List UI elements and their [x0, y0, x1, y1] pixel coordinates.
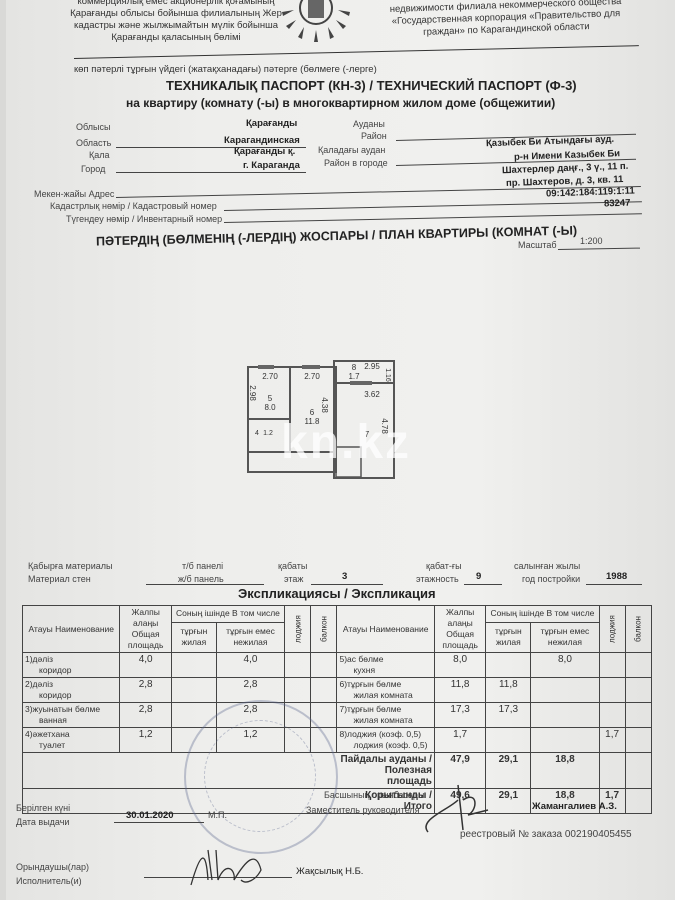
header-living-2: тұрғын жилая — [486, 622, 531, 652]
cell-loggia: 1,7 — [599, 728, 625, 753]
floor-value: 3 — [342, 571, 347, 582]
deputy-signature — [418, 780, 498, 840]
floors-value: 9 — [476, 571, 481, 582]
wall-value-ru: ж/б панель — [178, 574, 224, 584]
cell-total: 1,2 — [120, 728, 171, 753]
useful-balcony — [625, 753, 651, 789]
cell-balcony — [625, 703, 651, 728]
wall-label-ru: Материал стен — [28, 574, 91, 584]
cell-balcony — [625, 678, 651, 703]
cell-living: 17,3 — [486, 703, 531, 728]
header-name-2: Атауы Наименование — [337, 606, 434, 653]
header-balcony: балкон — [311, 606, 337, 653]
room-name: 7)тұрғын бөлмежилая комната — [337, 703, 434, 728]
cell-balcony — [625, 653, 651, 678]
header-left-org: коммерциялық емес акционерлік қоғамының … — [56, 0, 296, 44]
svg-text:4: 4 — [255, 430, 259, 437]
cell-living — [486, 653, 531, 678]
title-line3: на квартиру (комнату (-ы) в многоквартир… — [126, 96, 555, 110]
cell-total: 4,0 — [120, 653, 171, 678]
table-row: 3)жуынатын бөлмеванная2,82,87)тұрғын бөл… — [23, 703, 652, 728]
qala-label: Қала — [89, 150, 110, 160]
executor-signature — [186, 840, 276, 890]
gorod-value: г. Караганда — [243, 160, 300, 171]
header-incl-2: Соның ішінде В том числе — [486, 606, 599, 623]
title-line1: көп пәтерлі тұрғын үйдегі (жатақханадағы… — [74, 64, 377, 75]
room-name: 4)әжетханатуалет — [23, 728, 120, 753]
header-total-2: Жалпы алаңы Общая площадь — [434, 606, 485, 653]
header-balcony-2: балкон — [625, 606, 651, 653]
table-row: 2)дәлізкоридор2,82,86)тұрғын бөлмежилая … — [23, 678, 652, 703]
cell-balcony — [311, 678, 337, 703]
cell-total: 2,8 — [120, 703, 171, 728]
sun-emblem-icon — [276, 0, 356, 50]
issued-label-ru: Дата выдачи — [16, 817, 69, 827]
cell-total: 1,7 — [434, 728, 485, 753]
cell-total: 11,8 — [434, 678, 485, 703]
svg-text:5: 5 — [268, 394, 273, 403]
year-value: 1988 — [606, 571, 627, 582]
year-label-kz: салынған жылы — [514, 561, 580, 571]
header-incl: Соның ішінде В том числе — [171, 606, 284, 623]
year-label-ru: год постройки — [522, 574, 580, 584]
cell-nonliving: 4,0 — [216, 653, 284, 678]
watermark: kn.kz — [281, 415, 411, 470]
cell-total: 8,0 — [434, 653, 485, 678]
svg-text:1.7: 1.7 — [348, 372, 360, 381]
header-right-org: недвижимости филиала некоммерческого общ… — [370, 0, 641, 41]
svg-text:2.70: 2.70 — [304, 372, 320, 381]
header-total: Жалпы алаңы Общая площадь — [120, 606, 171, 653]
svg-text:3.62: 3.62 — [364, 390, 380, 399]
cell-living: 11,8 — [486, 678, 531, 703]
useful-loggia — [599, 753, 625, 789]
oblast-value: Карагандинская — [224, 135, 300, 146]
cell-loggia — [599, 678, 625, 703]
executor-name: Жақсылық Н.Б. — [296, 866, 363, 877]
scale-value: 1:200 — [580, 236, 603, 246]
cadastral-label: Кадастрлық нөмір / Кадастровый номер — [50, 201, 217, 211]
issued-value: 30.01.2020 — [126, 810, 174, 821]
executor-label-ru: Исполнитель(и) — [16, 876, 82, 886]
svg-text:1.16: 1.16 — [384, 368, 391, 382]
svg-text:2.70: 2.70 — [262, 372, 278, 381]
cell-nonliving: 8,0 — [531, 653, 599, 678]
svg-text:4.38: 4.38 — [320, 397, 329, 413]
room-name: 6)тұрғын бөлмежилая комната — [337, 678, 434, 703]
cell-balcony — [311, 653, 337, 678]
cell-balcony — [625, 728, 651, 753]
deputy-label-ru: Заместитель руководителя — [306, 805, 420, 815]
svg-text:8: 8 — [352, 363, 357, 372]
cell-loggia — [285, 653, 311, 678]
oblys-label: Облысы — [76, 122, 110, 132]
executor-label-kz: Орындаушы(лар) — [16, 862, 89, 872]
svg-text:2.95: 2.95 — [364, 362, 380, 371]
room-name: 3)жуынатын бөлмеванная — [23, 703, 120, 728]
issued-label-kz: Берілген күні — [16, 803, 70, 813]
svg-text:2.98: 2.98 — [248, 385, 257, 401]
floors-label-ru: этажность — [416, 574, 459, 584]
header-name: Атауы Наименование — [23, 606, 120, 653]
raion-gorod-label: Район в городе — [324, 158, 388, 168]
wall-label-kz: Қабырға материалы — [28, 561, 112, 571]
floors-label-kz: қабат-ғы — [426, 561, 462, 571]
useful-nonliving: 18,8 — [531, 753, 599, 789]
svg-text:8.0: 8.0 — [264, 403, 276, 412]
header-nonliving-2: тұрғын емес нежилая — [531, 622, 599, 652]
address-label: Мекен-жайы Адрес — [34, 189, 114, 199]
cell-loggia — [599, 653, 625, 678]
qala-value: Қарағанды қ. — [234, 146, 295, 157]
inventory-value: 83247 — [604, 198, 631, 210]
qaladagy-label: Қаладағы аудан — [318, 145, 385, 155]
wall-value-kz: т/б панелі — [182, 561, 223, 571]
room-name: 2)дәлізкоридор — [23, 678, 120, 703]
floor-label-kz: қабаты — [278, 561, 307, 571]
cell-living — [171, 678, 216, 703]
cell-total: 17,3 — [434, 703, 485, 728]
inventory-label: Түгендеу нөмір / Инвентарный номер — [66, 214, 222, 224]
cell-nonliving — [531, 703, 599, 728]
header-living: тұрғын жилая — [171, 622, 216, 652]
room-name: 8)лоджия (коэф. 0,5)лоджия (коэф. 0,5) — [337, 728, 434, 753]
cell-loggia — [285, 678, 311, 703]
table-row: 4)әжетханатуалет1,21,28)лоджия (коэф. 0,… — [23, 728, 652, 753]
cell-nonliving — [531, 728, 599, 753]
gorod-label: Город — [81, 164, 105, 174]
raion-label: Район — [361, 131, 387, 141]
audany-label: Ауданы — [353, 119, 385, 129]
deputy-name: Жамангалиев А.З. — [532, 801, 617, 812]
cell-nonliving — [531, 678, 599, 703]
cell-living — [486, 728, 531, 753]
cell-living — [171, 653, 216, 678]
room-name: 1)дәлізкоридор — [23, 653, 120, 678]
oblys-value: Қарағанды — [246, 118, 297, 129]
plan-title: ПӘТЕРДІҢ (БӨЛМЕНІҢ (-ЛЕРДІҢ) ЖОСПАРЫ / П… — [96, 224, 577, 249]
cell-loggia — [599, 703, 625, 728]
svg-text:1.2: 1.2 — [263, 430, 273, 437]
raion-gorod-value-kz: Қазыбек Би Атындағы ауд. — [486, 134, 614, 149]
cell-nonliving: 2,8 — [216, 678, 284, 703]
mp-label: М.П. — [208, 810, 227, 820]
header-loggia-2: лоджия — [599, 606, 625, 653]
table-row: 1)дәлізкоридор4,04,05)ас бөлмекухня8,08,… — [23, 653, 652, 678]
floor-label-ru: этаж — [284, 574, 303, 584]
oblast-label: Область — [76, 138, 111, 148]
room-name: 5)ас бөлмекухня — [337, 653, 434, 678]
deputy-label-kz: Басшының орынбасары — [324, 790, 424, 800]
header-nonliving: тұрғын емес нежилая — [216, 622, 284, 652]
grand-balcony — [625, 789, 651, 814]
cell-total: 2,8 — [120, 678, 171, 703]
scale-label: Масштаб — [518, 240, 557, 250]
explication-title: Экспликациясы / Экспликация — [238, 586, 436, 601]
title-line2: ТЕХНИКАЛЫҚ ПАСПОРТ (КН-3) / ТЕХНИЧЕСКИЙ … — [166, 78, 577, 93]
header-loggia: лоджия — [285, 606, 311, 653]
document-page: коммерциялық емес акционерлік қоғамының … — [6, 0, 675, 900]
